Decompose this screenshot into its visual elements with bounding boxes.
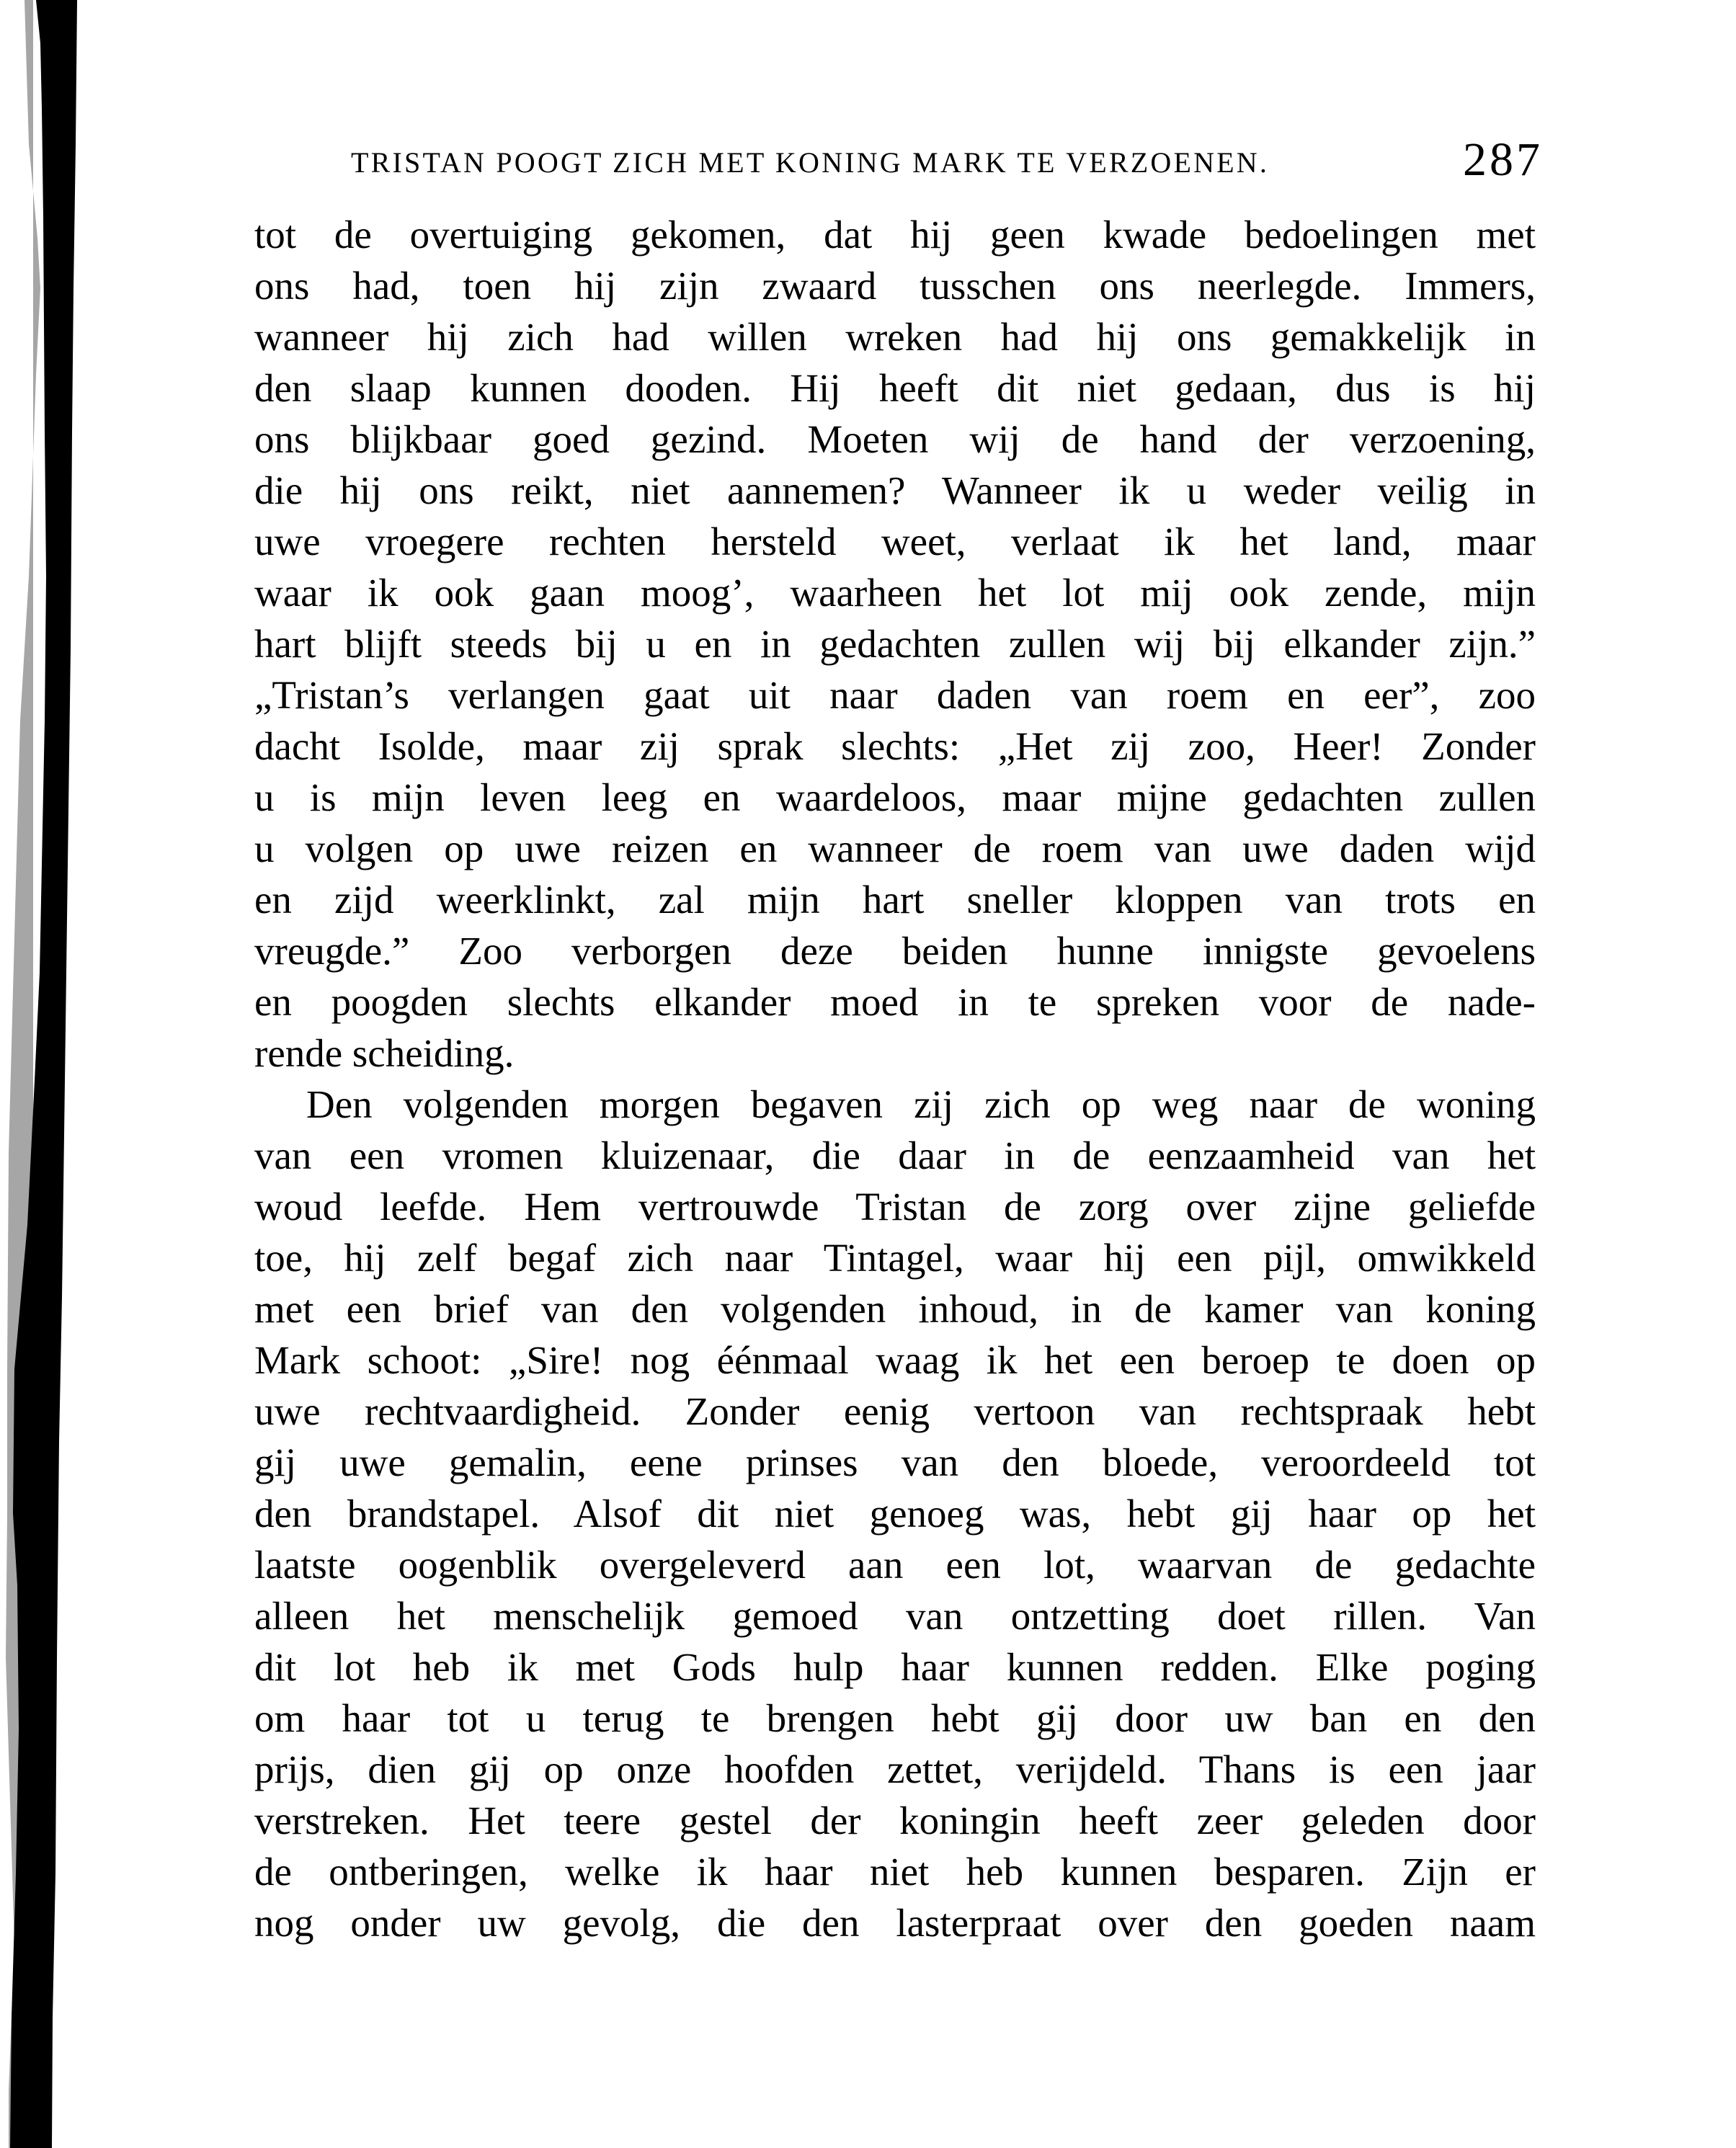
text-line: uwe vroegere rechten hersteld weet, verl…	[254, 516, 1536, 567]
text-line: laatste oogenblik overgeleverd aan een l…	[254, 1539, 1536, 1590]
text-line: den slaap kunnen dooden. Hij heeft dit n…	[254, 362, 1536, 414]
text-line: om haar tot u terug te brengen hebt gij …	[254, 1693, 1536, 1744]
text-line: dacht Isolde, maar zij sprak slechts: „H…	[254, 721, 1536, 772]
binding-shadow-edge	[0, 0, 101, 2148]
text-line: tot de overtuiging gekomen, dat hij geen…	[254, 209, 1536, 260]
text-line: nog onder uw gevolg, die den lasterpraat…	[254, 1897, 1536, 1948]
text-line: hart blijft steeds bij u en in gedachten…	[254, 618, 1536, 669]
text-line: toe, hij zelf begaf zich naar Tintagel, …	[254, 1232, 1536, 1283]
body-text: tot de overtuiging gekomen, dat hij geen…	[254, 209, 1536, 1948]
running-header: TRISTAN POOGT ZICH MET KONING MARK TE VE…	[351, 141, 1540, 192]
text-line: woud leefde. Hem vertrouwde Tristan de z…	[254, 1181, 1536, 1232]
text-line: met een brief van den volgenden inhoud, …	[254, 1283, 1536, 1334]
text-line: den brandstapel. Alsof dit niet genoeg w…	[254, 1488, 1536, 1539]
text-line: ons blijkbaar goed gezind. Moeten wij de…	[254, 414, 1536, 465]
text-line: gij uwe gemalin, eene prinses van den bl…	[254, 1437, 1536, 1488]
text-line: u volgen op uwe reizen en wanneer de roe…	[254, 823, 1536, 874]
text-line: uwe rechtvaardigheid. Zonder eenig verto…	[254, 1386, 1536, 1437]
text-line: en poogden slechts elkander moed in te s…	[254, 976, 1536, 1028]
text-line: ons had, toen hij zijn zwaard tusschen o…	[254, 260, 1536, 311]
text-line: waar ik ook gaan moog’, waarheen het lot…	[254, 567, 1536, 618]
text-line: verstreken. Het teere gestel der koningi…	[254, 1795, 1536, 1846]
page-number: 287	[1463, 133, 1543, 187]
text-line: van een vromen kluizenaar, die daar in d…	[254, 1130, 1536, 1181]
paragraph-end-line: rende scheiding.	[254, 1028, 1536, 1079]
text-line: en zijd weerklinkt, zal mijn hart snelle…	[254, 874, 1536, 925]
text-line: vreugde.” Zoo verborgen deze beiden hunn…	[254, 925, 1536, 976]
paragraph-start-line: „Tristan’s verlangen gaat uit naar daden…	[254, 669, 1536, 721]
running-title: TRISTAN POOGT ZICH MET KONING MARK TE VE…	[351, 141, 1269, 184]
text-line: Mark schoot: „Sire! nog éénmaal waag ik …	[254, 1334, 1536, 1386]
paragraph-start-line: Den volgenden morgen begaven zij zich op…	[254, 1079, 1536, 1130]
text-line: de ontberingen, welke ik haar niet heb k…	[254, 1846, 1536, 1897]
text-line: wanneer hij zich had willen wreken had h…	[254, 311, 1536, 362]
text-line: u is mijn leven leeg en waardeloos, maar…	[254, 772, 1536, 823]
text-line: die hij ons reikt, niet aannemen? Wannee…	[254, 465, 1536, 516]
text-line: prijs, dien gij op onze hoofden zettet, …	[254, 1744, 1536, 1795]
text-line: alleen het menschelijk gemoed van ontzet…	[254, 1590, 1536, 1641]
text-line: dit lot heb ik met Gods hulp haar kunnen…	[254, 1641, 1536, 1693]
